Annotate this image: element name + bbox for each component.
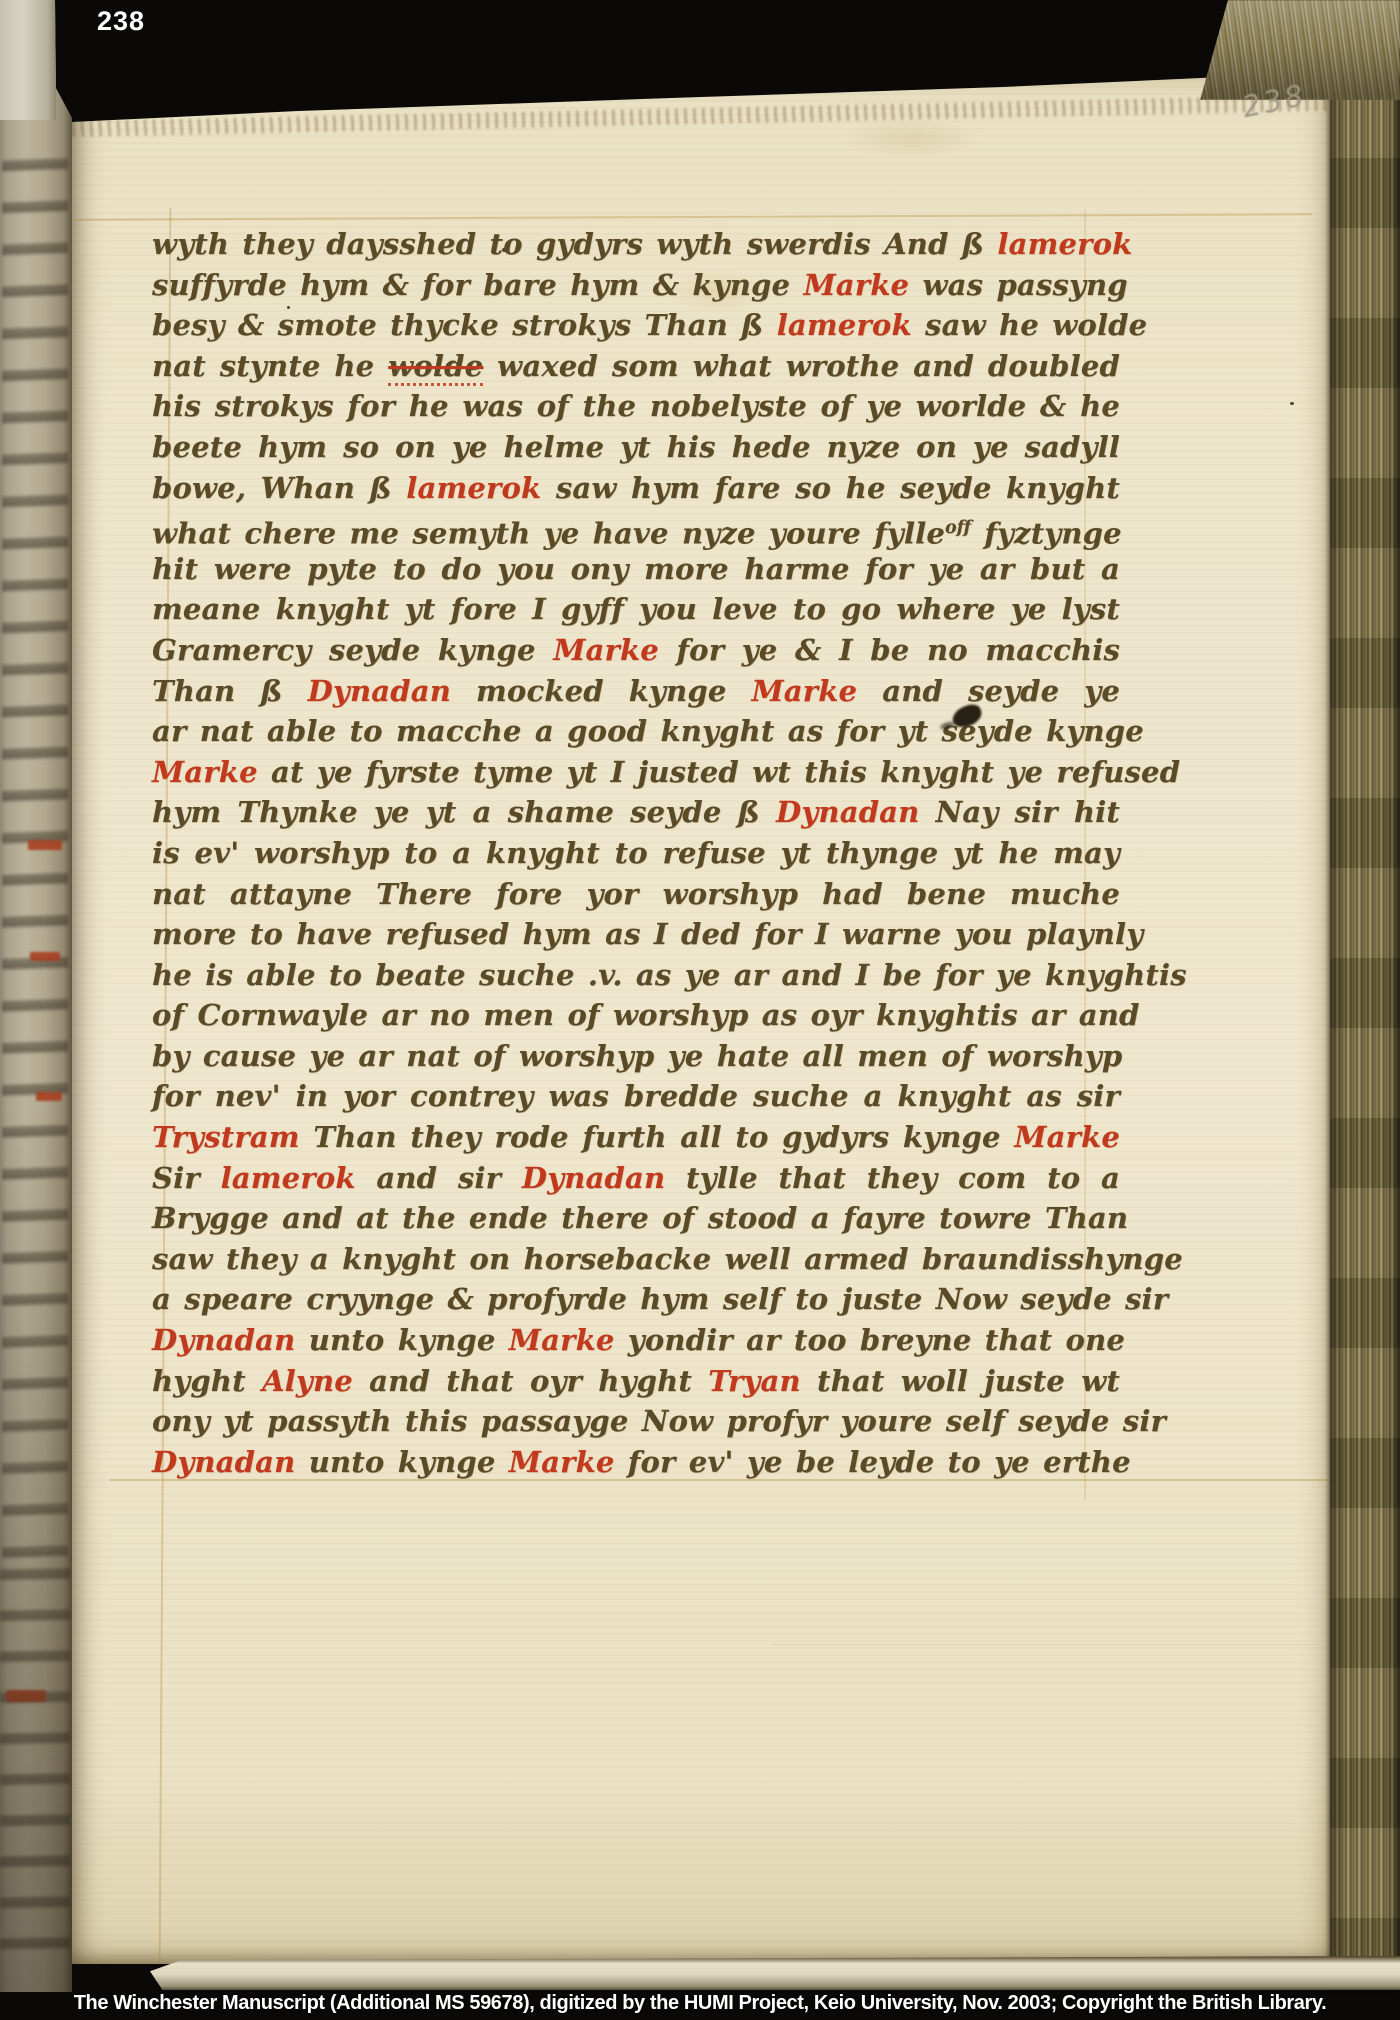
manuscript-line: his strokys for he was of the nobelyste …: [152, 386, 1120, 427]
main-page: wyth they daysshed to gydyrs wyth swerdi…: [72, 58, 1330, 1964]
caption-text: The Winchester Manuscript (Additional MS…: [74, 1992, 1327, 2015]
manuscript-line: by cause ye ar nat of worshyp ye hate al…: [152, 1036, 1120, 1077]
manuscript-line: saw they a knyght on horsebacke well arm…: [152, 1239, 1120, 1280]
manuscript-photo: wyth they daysshed to gydyrs wyth swerdi…: [0, 0, 1400, 2020]
manuscript-line: of Cornwayle ar no men of worshyp as oyr…: [152, 995, 1120, 1036]
bottom-page-edges: [150, 1956, 1400, 1990]
manuscript-line: he is able to beate suche .v. as ye ar a…: [152, 955, 1120, 996]
manuscript-line: for nev' in yor contrey was bredde suche…: [152, 1076, 1120, 1117]
manuscript-line: Sir lamerok and sir Dynadan tylle that t…: [152, 1158, 1120, 1199]
manuscript-line: nat stynte he wolde waxed som what wroth…: [152, 346, 1120, 387]
manuscript-line: hyght Alyne and that oyr hyght Tryan tha…: [152, 1361, 1120, 1402]
manuscript-line: hym Thynke ye yt a shame seyde ß Dynadan…: [152, 792, 1120, 833]
manuscript-line: beete hym so on ye helme yt his hede nyz…: [152, 427, 1120, 468]
page-top-grain: [72, 95, 1330, 137]
manuscript-line: bowe, Whan ß lamerok saw hym fare so he …: [152, 468, 1120, 509]
manuscript-line: Dynadan unto kynge Marke yondir ar too b…: [152, 1320, 1120, 1361]
gutter-shadow: [0, 0, 72, 1992]
manuscript-line: besy & smote thycke strokys Than ß lamer…: [152, 305, 1120, 346]
manuscript-line: what chere me semyth ye have nyze youre …: [152, 508, 1120, 549]
manuscript-line: Dynadan unto kynge Marke for ev' ye be l…: [152, 1442, 1120, 1483]
manuscript-line: a speare cryynge & profyrde hym self to …: [152, 1279, 1120, 1320]
caption-bar: The Winchester Manuscript (Additional MS…: [0, 1986, 1400, 2020]
ruling-line-horizontal-faint: [772, 1644, 1317, 1645]
manuscript-line: ony yt passyth this passayge Now profyr …: [152, 1401, 1120, 1442]
manuscript-text-block: wyth they daysshed to gydyrs wyth swerdi…: [152, 224, 1120, 1482]
manuscript-line: nat attayne There fore yor worshyp had b…: [152, 874, 1120, 915]
manuscript-line: suffyrde hym & for bare hym & kynge Mark…: [152, 265, 1120, 306]
facing-page-edge: [0, 0, 72, 1992]
speck: [1290, 402, 1294, 405]
manuscript-line: Trystram Than they rode furth all to gyd…: [152, 1117, 1120, 1158]
manuscript-line: meane knyght yt fore I gyff you leve to …: [152, 589, 1120, 630]
manuscript-line: Brygge and at the ende there of stood a …: [152, 1198, 1120, 1239]
manuscript-line: hit were pyte to do you ony more harme f…: [152, 549, 1120, 590]
fore-edge-page-stack: [1330, 86, 1400, 1988]
manuscript-line: is ev' worshyp to a knyght to refuse yt …: [152, 833, 1120, 874]
ruling-line-horizontal-top: [72, 213, 1312, 220]
manuscript-line: Gramercy seyde kynge Marke for ye & I be…: [152, 630, 1120, 671]
manuscript-line: Marke at ye fyrste tyme yt I justed wt t…: [152, 752, 1120, 793]
page-number-label: 238: [97, 6, 145, 37]
parchment-stain: [842, 118, 982, 158]
manuscript-line: wyth they daysshed to gydyrs wyth swerdi…: [152, 224, 1120, 265]
manuscript-line: more to have refused hym as I ded for I …: [152, 914, 1120, 955]
